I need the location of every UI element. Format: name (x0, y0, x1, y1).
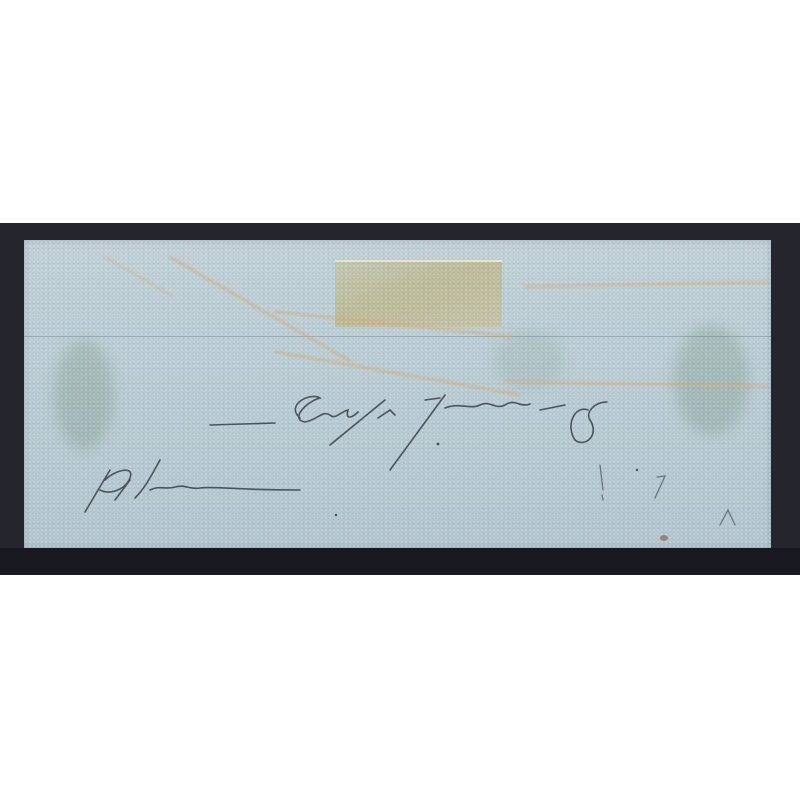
stamp-show-through-left (54, 340, 114, 450)
hinge-remnant (335, 260, 502, 327)
cancel-stroke (274, 310, 513, 338)
cancel-stroke (274, 350, 521, 396)
backdrop-shadow (0, 548, 800, 575)
cancel-stroke (168, 255, 351, 363)
cancel-stroke (524, 281, 769, 288)
cancel-stroke (103, 255, 174, 298)
fold-line (24, 336, 771, 337)
cancel-stroke (504, 380, 769, 388)
stamp-show-through-center (494, 330, 564, 390)
stamp-strip-back (24, 240, 771, 548)
stamp-show-through-right (674, 325, 749, 435)
